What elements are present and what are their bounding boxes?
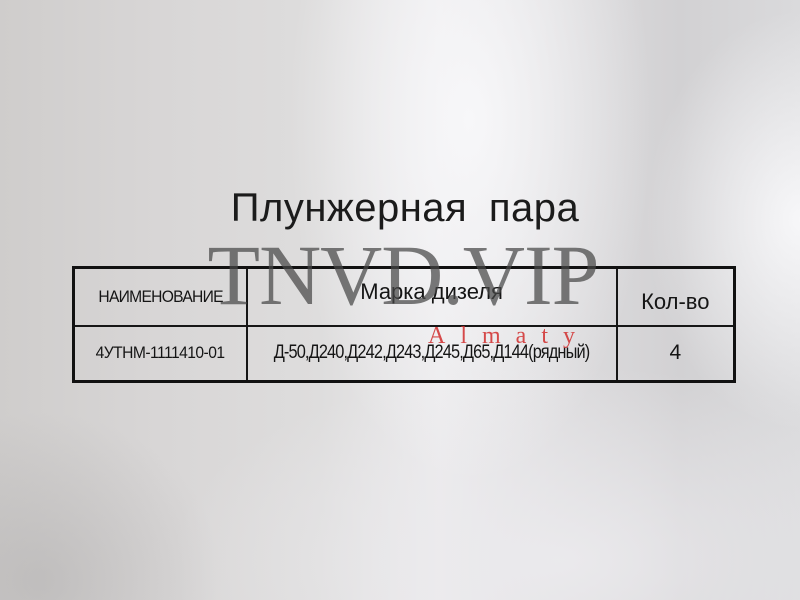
background-shadow	[0, 380, 260, 600]
cell-qty: 4	[617, 326, 735, 382]
header-quantity: Кол-во	[641, 279, 709, 315]
engine-models: Д-50,Д240,Д242,Д243,Д245,Д65,Д144(рядный…	[274, 342, 590, 364]
cell-model: Д-50,Д240,Д242,Д243,Д245,Д65,Д144(рядный…	[247, 326, 617, 382]
header-engine-model: Марка дизеля	[360, 279, 503, 315]
header-name-cell: НАИМЕНОВАНИЕ	[74, 268, 247, 326]
part-number: 4УТНМ-1111410-01	[96, 343, 225, 363]
table-row: 4УТНМ-1111410-01 Д-50,Д240,Д242,Д243,Д24…	[74, 326, 735, 382]
cell-name: 4УТНМ-1111410-01	[74, 326, 247, 382]
header-qty-cell: Кол-во	[617, 268, 735, 326]
document-title: Плунжерная пара	[0, 186, 800, 231]
quantity: 4	[669, 341, 681, 365]
spec-table: НАИМЕНОВАНИЕ Марка дизеля Кол-во 4УТНМ-1…	[72, 266, 736, 383]
header-model-cell: Марка дизеля	[247, 268, 617, 326]
header-name: НАИМЕНОВАНИЕ	[98, 287, 222, 307]
table-header-row: НАИМЕНОВАНИЕ Марка дизеля Кол-во	[74, 268, 735, 326]
